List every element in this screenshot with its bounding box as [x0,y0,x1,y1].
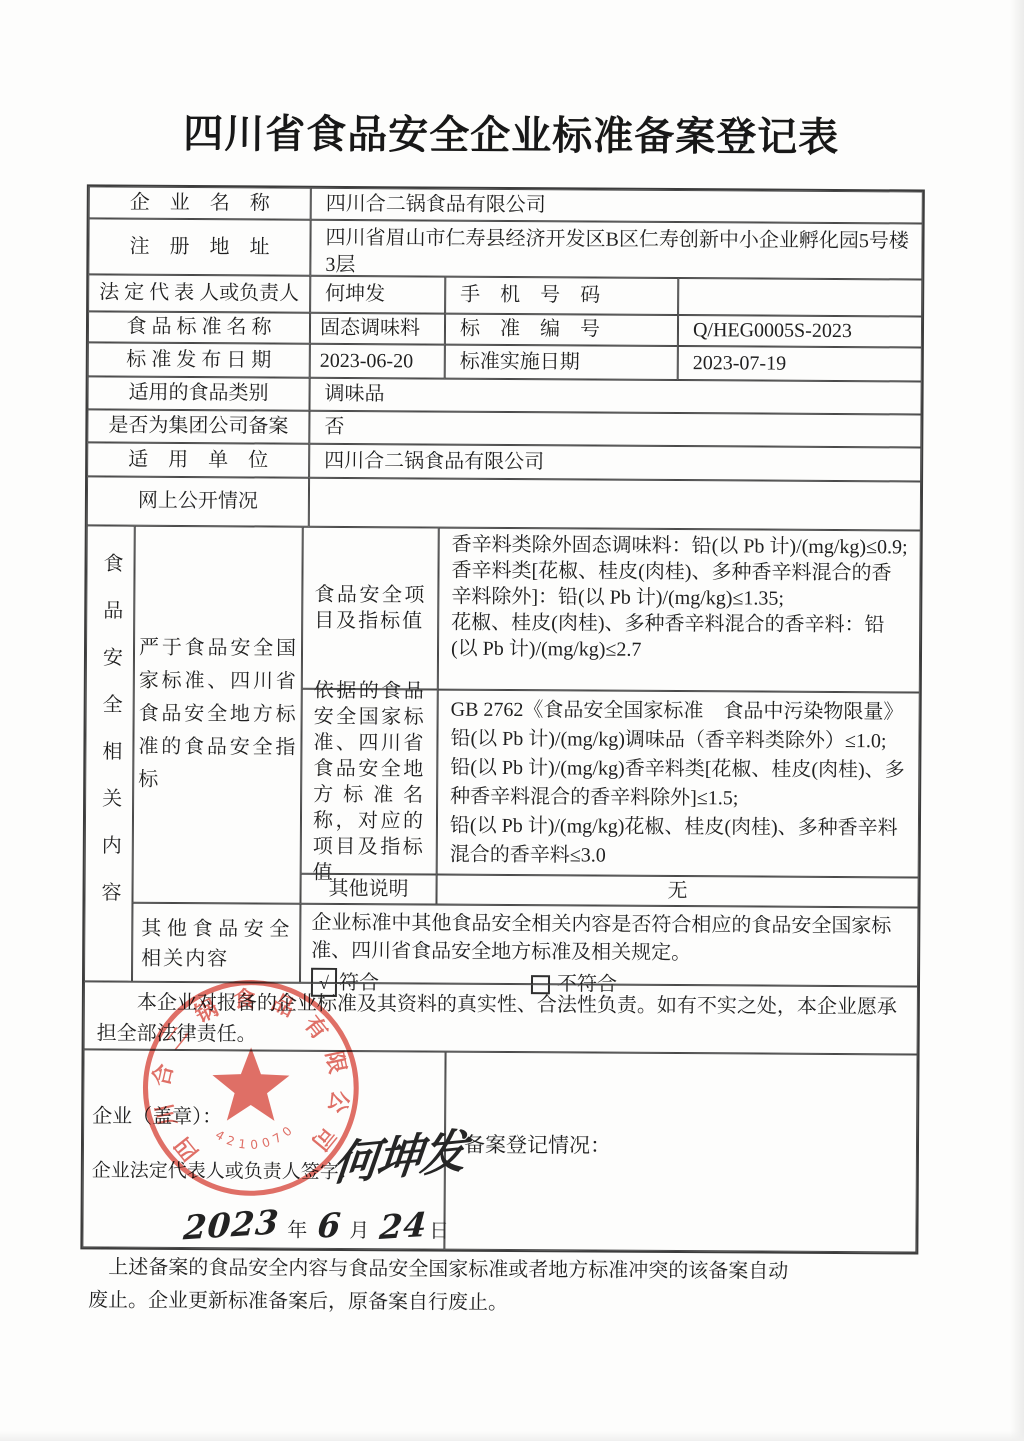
standard-name-value: 固态调味料 [310,313,445,345]
legal-rep-label: 法 定 代 表 人或负责人 [88,274,310,312]
online-publication-label: 网上公开情况 [87,476,309,526]
standard-no-value: Q/HEG0005S-2023 [678,315,922,347]
address-label: 注 册 地 址 [88,218,310,275]
group-filing-label: 是否为集团公司备案 [87,409,309,443]
online-publication-value [309,478,921,531]
other-safety-content-text: 企业标准中其他食品安全相关内容是否符合相应的食品安全国家标准、四川省食品安全地方… [311,912,891,964]
spec-line: 香辛料类[花椒、桂皮(肉桂)、多种香辛料混合的香辛料除外]：铅(以 Pb 计)/… [451,558,909,613]
company-name-value: 四川合二锅食品有限公司 [311,188,923,224]
address-value: 四川省眉山市仁寿县经济开发区B区仁寿创新中小企业孵化园5号楼3层 [310,220,922,280]
phone-label: 手 机 号 码 [445,277,678,315]
publish-date-label: 标 准 发 布 日 期 [88,342,310,377]
page-title: 四川省食品安全企业标准备案登记表 [0,101,1023,164]
implement-date-value: 2023-07-19 [678,346,922,381]
date-month-unit: 月 [349,1218,369,1245]
scan-edge-right [1010,0,1024,1441]
standard-name-label: 食 品 标 准 名 称 [88,311,310,343]
registration-status-cell: 备案登记情况： [444,1052,917,1253]
stamp-star [212,1047,289,1121]
date-day-handwritten: 24 [378,1203,429,1251]
spec-line: 香辛料类除外固态调味料：铅(以 Pb 计)/(mg/kg)≤0.9; [452,532,910,561]
other-safety-content-value: 企业标准中其他食品安全相关内容是否符合相应的食品安全国家标准、四川省食品安全地方… [300,904,918,987]
implement-date-label: 标准实施日期 [445,345,678,380]
spec-line: 铅(以 Pb 计)/(mg/kg)香辛料类[花椒、桂皮(肉桂)、多种香辛料混合的… [450,754,908,815]
date-month-handwritten: 6 [316,1203,343,1249]
date-year-handwritten: 2023 [182,1200,281,1251]
safety-items-label: 食品安全项目及指标值 [302,527,439,690]
safety-items-value: 香辛料类除外固态调味料：铅(以 Pb 计)/(mg/kg)≤0.9; 香辛料类[… [438,528,921,693]
apply-unit-label: 适 用 单 位 [87,442,309,477]
signature-date: 2023 年 6 月 24 日 [183,1203,459,1249]
stricter-indicators-label: 严于食品安全国家标准、四川省食品安全地方标准的食品安全指标 [132,526,302,904]
spec-line: 铅(以 Pb 计)/(mg/kg)调味品（香辛料类除外）≤1.0; [450,725,908,757]
legal-rep-value: 何坤发 [310,276,445,314]
company-name-label: 企 业 名 称 [89,186,311,219]
apply-unit-value: 四川合二锅食品有限公司 [309,444,921,482]
phone-value [678,278,922,316]
scan-edge-bottom [0,1431,1024,1441]
food-category-value: 调味品 [309,378,921,415]
publish-date-value: 2023-06-20 [310,344,445,379]
basis-standards-label: 依据的食品安全国家标准、四川省食品安全地方标准名称，对应的项目及指标值 [301,689,438,875]
group-filing-value: 否 [309,411,921,448]
other-note-label: 其他说明 [300,874,436,905]
spec-line: GB 2762《食品安全国家标准 食品中污染物限量》 [451,696,909,728]
food-category-label: 适用的食品类别 [87,376,309,410]
spec-line: 铅(以 Pb 计)/(mg/kg)花椒、桂皮(肉桂)、多种香辛料混合的香辛料≤3… [450,812,908,873]
spec-line: 花椒、桂皮(肉桂)、多种香辛料混合的香辛料：铅(以 Pb 计)/(mg/kg)≤… [451,610,909,665]
footnote: 上述备案的食品安全内容与食品安全国家标准或者地方标准冲突的该备案自动废止。企业更… [88,1251,804,1321]
basis-standards-value: GB 2762《食品安全国家标准 食品中污染物限量》 铅(以 Pb 计)/(mg… [437,690,920,878]
other-note-value: 无 [436,875,918,908]
date-year-unit: 年 [287,1218,307,1245]
safety-section-side-label: 食品安全相关内容 [84,525,135,981]
scanned-form-sheet: 四川省食品安全企业标准备案登记表 企 业 名 称 四川合二锅食品有限公司 注 册… [0,0,1024,1441]
handwritten-signature: 何坤发 [330,1114,469,1194]
standard-no-label: 标 准 编 号 [445,314,678,346]
